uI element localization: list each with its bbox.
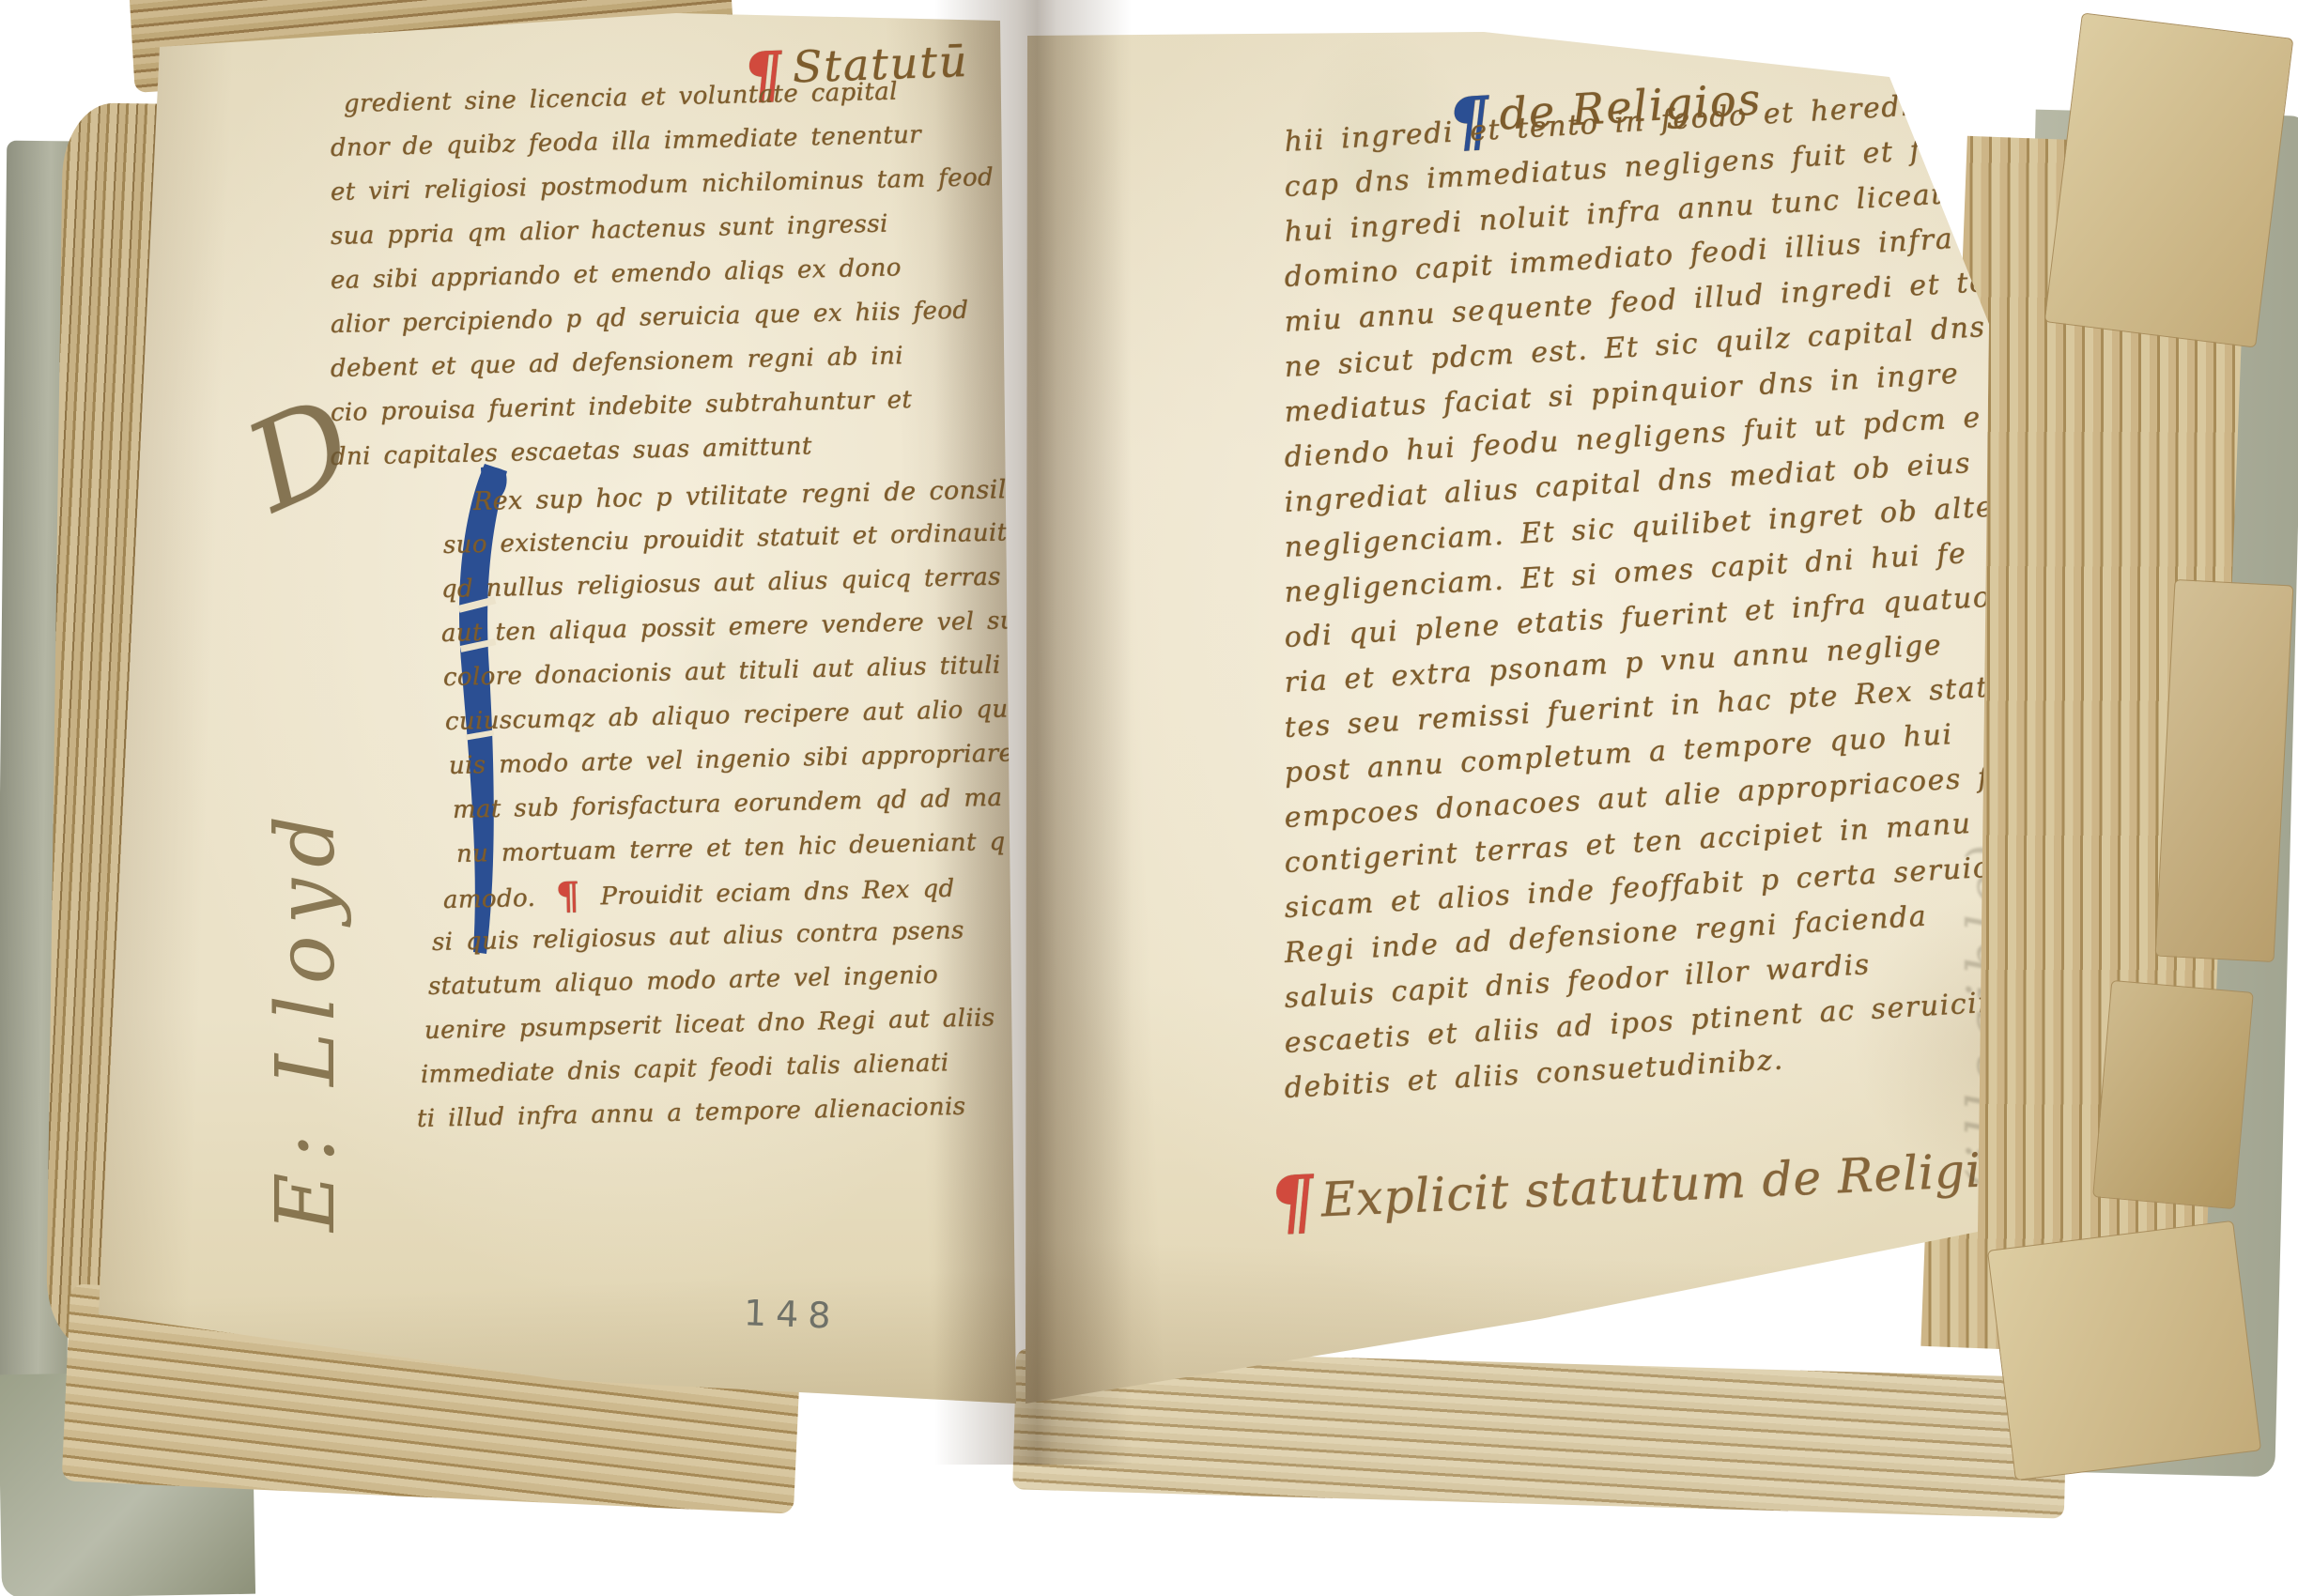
parchment-tab (2092, 980, 2254, 1209)
manuscript-line: ti illud infra annu a tempore alienacion… (416, 1087, 856, 1142)
parchment-tab (1987, 1220, 2261, 1481)
folio-number-left: 148 (743, 1292, 841, 1337)
margin-signature-vertical: E: Lloyd (259, 481, 353, 1232)
left-page: ¶Statutū gredient sine licencia et volun… (75, 0, 1024, 1446)
left-text-block: gredient sine licencia et voluntate capi… (331, 83, 856, 1142)
manuscript-photo: ¶Statutū gredient sine licencia et volun… (0, 0, 2298, 1596)
parchment-tab (2155, 579, 2294, 962)
manuscript-line-fragment: amodo. (443, 884, 536, 914)
parchment-tab (2044, 12, 2294, 347)
red-paraph-icon: ¶ (555, 874, 580, 919)
right-text-block: hii ingredi et tento in feodo et heredit… (1285, 120, 1998, 1112)
folio-number-right: 149 (1527, 1312, 1627, 1362)
manuscript-line-fragment: Prouidit eciam dns Rex qd (600, 875, 955, 912)
red-paraph-icon: ¶ (1267, 1165, 1319, 1239)
